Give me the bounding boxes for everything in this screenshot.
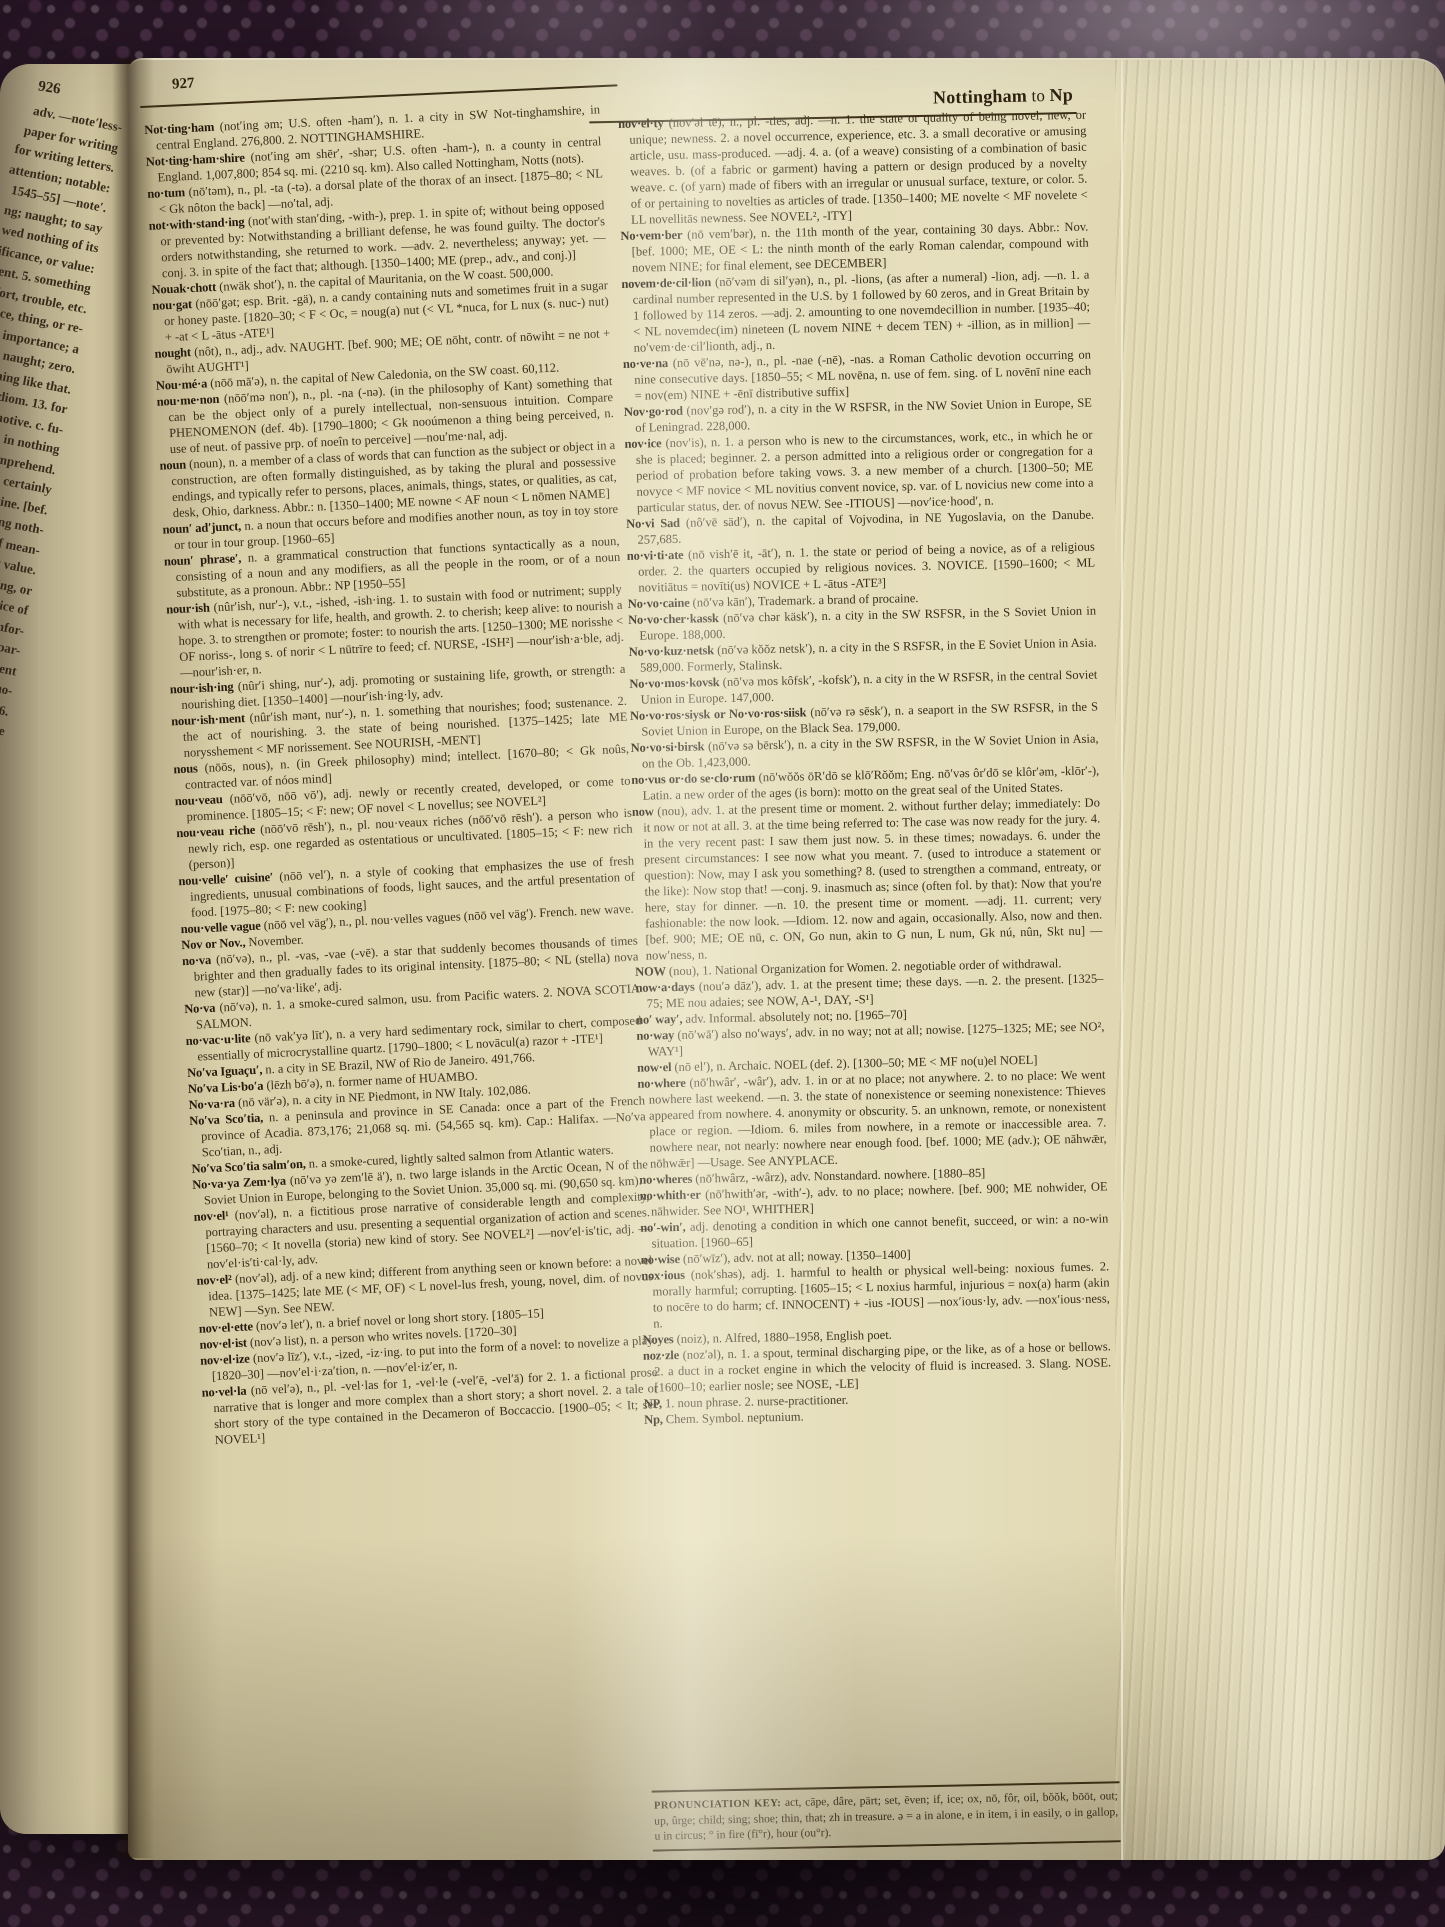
entry-headword: No·va·ra: [188, 1096, 235, 1112]
page-stack-fore-edge: [1115, 60, 1445, 1860]
entry-headword: Not·ting·ham: [144, 120, 214, 137]
entry-headword: nous: [173, 761, 198, 776]
pronunciation-key-label: PRONUNCIATION KEY:: [654, 1798, 781, 1812]
entry-headword: NOW: [635, 964, 666, 979]
entry-headword: nov·el·ist: [199, 1336, 247, 1352]
guide-word-right: Np: [1049, 85, 1073, 105]
entry-headword: noun′ phrase′,: [164, 551, 242, 568]
left-text-column: Not·ting·ham (not′ing əm; U.S. often -ha…: [144, 101, 677, 1836]
entry-headword: now·el: [637, 1060, 671, 1075]
entry-body: (nō vish′ē it, -āt′), n. 1. the state or…: [638, 540, 1095, 595]
entry-headword: nou·veau: [175, 792, 223, 808]
entry-headword: no·where: [637, 1076, 685, 1091]
entry-body: (noz′əl), n. 1. a spout, terminal discha…: [654, 1339, 1111, 1394]
guide-words: Nottingham to Np: [933, 85, 1073, 109]
right-page-number: 927: [172, 75, 195, 93]
entry-headword: No·vo·mos·kovsk: [629, 675, 719, 691]
entry-headword: nov·el·ty: [618, 116, 664, 131]
entry-body: (nok′shəs), adj. 1. harmful to health or…: [652, 1259, 1110, 1330]
book-gutter-shadow: [112, 58, 154, 1858]
entry-headword: no·vi·ti·ate: [627, 548, 684, 563]
entry-headword: Nov or Nov.,: [181, 935, 246, 952]
guide-word-separator: to: [1031, 86, 1045, 105]
entry-body: (nov′is), n. 1. a person who is new to t…: [636, 428, 1094, 515]
entry-headword: noun: [159, 457, 186, 472]
left-page-fragments: adv. —note′less- paper for writing for w…: [0, 81, 124, 1789]
entry-headword: no′-win′,: [640, 1220, 685, 1235]
entry-body: 1. noun phrase. 2. nurse-practitioner.: [665, 1393, 849, 1411]
entry-headword: nou·gat: [152, 297, 192, 313]
entry-headword: noun′ ad′junct,: [162, 519, 241, 537]
entry-headword: now: [632, 804, 654, 818]
entry-headword: no·wise: [641, 1252, 680, 1267]
entry-body: (nō vē′nə, nə-), n., pl. -nae (-nē), -na…: [634, 348, 1091, 403]
entry-headword: nour·ish·ment: [171, 711, 245, 728]
entry-headword: no·way: [636, 1028, 674, 1043]
entry-headword: Noyes: [642, 1332, 673, 1347]
entry-headword: no·ve·na: [623, 356, 668, 371]
dictionary-entry: nox·ious (nok′shəs), adj. 1. harmful to …: [641, 1258, 1110, 1331]
entry-headword: nour·ish: [166, 601, 210, 617]
entry-headword: no·whith·er: [640, 1188, 701, 1203]
dictionary-entry: no·where (nō′hwâr′, -wâr′), adv. 1. in o…: [637, 1066, 1107, 1171]
entry-headword: No′va Sco′tia,: [189, 1111, 263, 1128]
entry-headword: No·vo·ros·siysk or No·vo·ros·siisk: [630, 705, 807, 723]
entry-headword: No·vo·si·birsk: [631, 739, 705, 754]
entry-headword: No·va: [184, 1001, 216, 1016]
entry-headword: nou·me·non: [156, 392, 219, 409]
entry-headword: NP,: [644, 1396, 662, 1410]
entry-headword: nou·velle′ cuisine′: [178, 870, 273, 888]
entry-headword: no·vel·la: [201, 1384, 246, 1400]
right-column-entries: nov·el·ty (nov′əl tē), n., pl. -ties, ad…: [618, 107, 1112, 1428]
entry-body: Chem. Symbol. neptunium.: [666, 1410, 804, 1427]
right-text-column: nov·el·ty (nov′əl tē), n., pl. -ties, ad…: [618, 107, 1121, 1852]
entry-headword: nov·el¹: [193, 1208, 229, 1224]
pronunciation-key: PRONUNCIATION KEY: act, cāpe, dâre, pärt…: [652, 1781, 1121, 1851]
entry-body: (nou), adv. 1. at the present time or mo…: [643, 795, 1102, 962]
entry-headword: no·wheres: [639, 1172, 692, 1187]
entry-headword: No·vo·kuz·netsk: [629, 643, 714, 659]
pronunciation-key-text: act, cāpe, dâre, pärt; set, ēven; if, ic…: [654, 1789, 1118, 1842]
left-page-number: 926: [37, 78, 62, 98]
entry-body: (nov′əl tē), n., pl. -ties, adj. —n. 1. …: [629, 108, 1087, 227]
dictionary-entry: nov·el·ty (nov′əl tē), n., pl. -ties, ad…: [618, 107, 1088, 228]
entry-headword: nov·el·ize: [200, 1351, 250, 1367]
entry-headword: no·vac·u·lite: [185, 1031, 250, 1048]
entry-headword: not·with·stand·ing: [148, 215, 244, 233]
entry-headword: No·vo·caine: [628, 596, 690, 611]
entry-headword: Nou·mé·a: [156, 376, 208, 392]
entry-headword: nov·ice: [624, 436, 661, 451]
entry-headword: No·vo·cher·kassk: [628, 611, 719, 627]
entry-headword: No·vi Sad: [626, 516, 680, 531]
entry-headword: nov·el²: [196, 1272, 232, 1288]
entry-body: November.: [248, 933, 304, 949]
entry-headword: Nouak·chott: [151, 280, 216, 297]
entry-headword: nox·ious: [641, 1268, 685, 1283]
entry-headword: No·vem·ber: [620, 228, 682, 243]
entry-headword: noz·zle: [643, 1348, 679, 1363]
entry-headword: no′ way′,: [636, 1012, 682, 1027]
entry-headword: novem·de·cil·lion: [621, 275, 711, 291]
entry-headword: Nov·go·rod: [624, 404, 683, 419]
entry-headword: now·a·days: [635, 980, 694, 995]
entry-headword: nou·veau riche: [176, 823, 255, 841]
open-dictionary-book: 926 adv. —note′less- paper for writing f…: [0, 58, 1445, 1886]
entry-headword: nought: [154, 345, 191, 361]
right-page-927: 927 Nottingham to Np Not·ting·ham (not′i…: [128, 58, 1445, 1860]
page-edge-highlight: [1121, 60, 1123, 1860]
entry-body: (nō′hwâr′, -wâr′), adv. 1. in or at no p…: [649, 1067, 1107, 1170]
entry-headword: nour·ish·ing: [169, 680, 233, 697]
guide-word-left: Nottingham: [933, 85, 1027, 107]
entry-headword: nov·el·ette: [198, 1319, 253, 1335]
entry-headword: No·va·ya Zem·lya: [192, 1174, 286, 1192]
entry-body: (nō vem′bər), n. the 11th month of the y…: [632, 220, 1089, 275]
dictionary-entry: nov·ice (nov′is), n. 1. a person who is …: [624, 427, 1094, 516]
dictionary-entry: now (nou), adv. 1. at the present time o…: [632, 794, 1103, 963]
entry-headword: no·va: [182, 953, 211, 968]
entry-headword: Np,: [644, 1412, 663, 1426]
dictionary-entry: novem·de·cil·lion (nō′vəm di sil′yən), n…: [621, 267, 1091, 356]
entry-headword: no·vus or·do se·clo·rum: [631, 770, 755, 786]
